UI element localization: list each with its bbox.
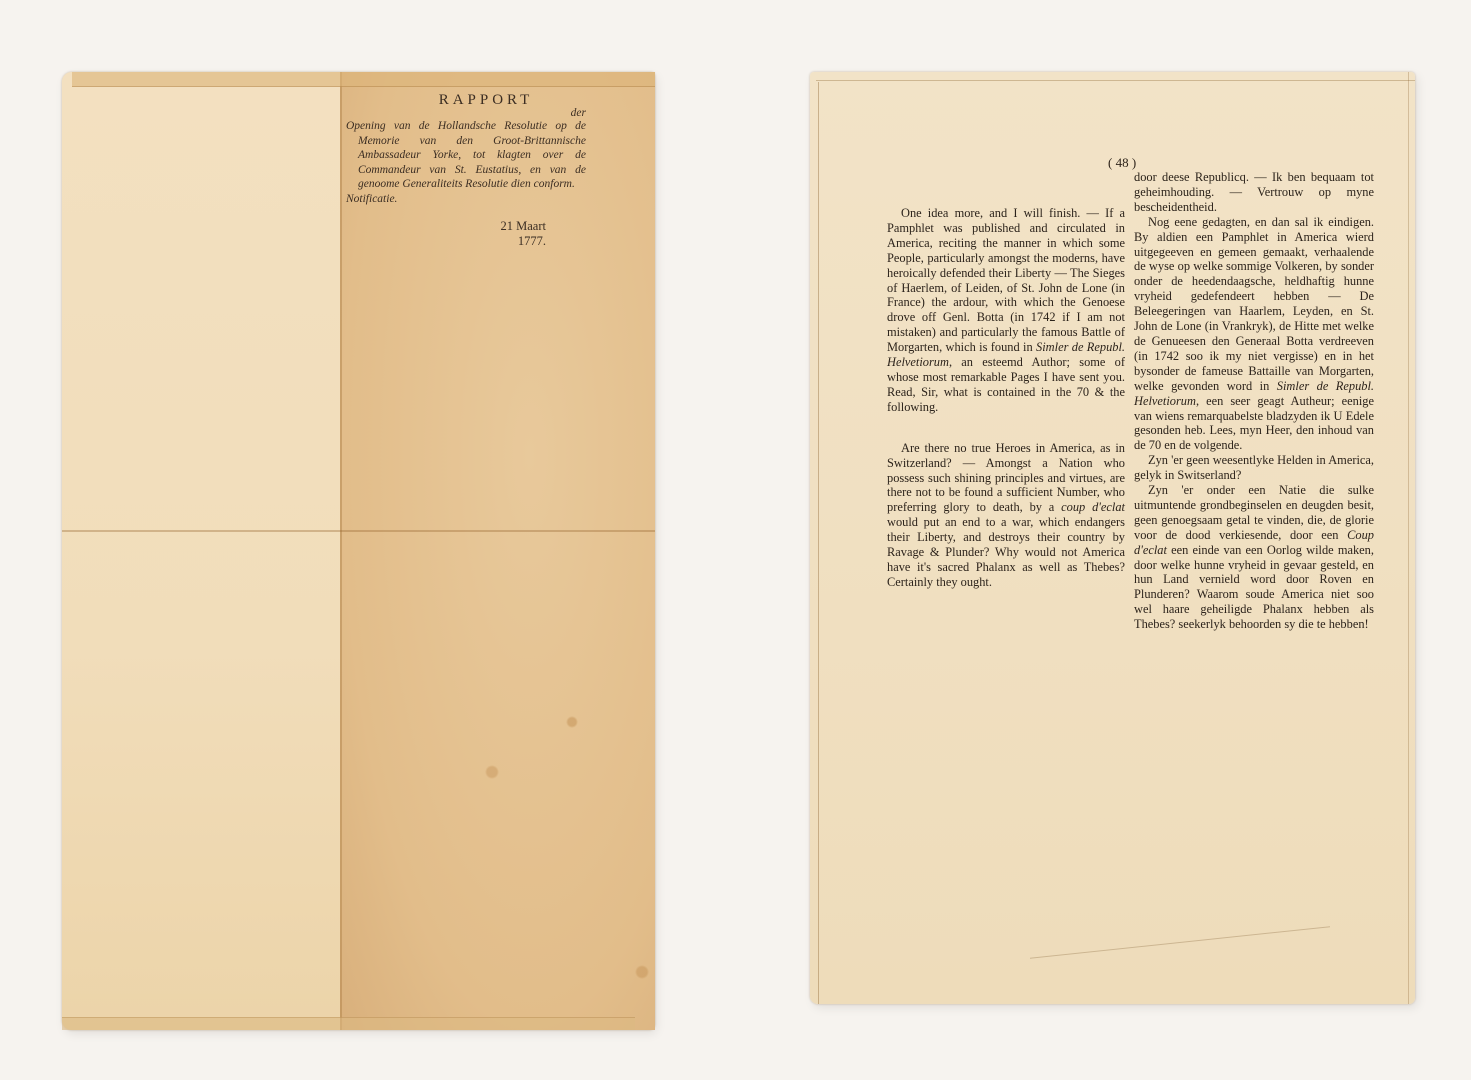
paper-right-edge bbox=[1408, 72, 1415, 1004]
text-run: One idea more, and I will finish. — If a… bbox=[887, 206, 1125, 354]
dutch-paragraph-2: Zyn 'er geen weesentlyke Helden in Ameri… bbox=[1134, 453, 1374, 483]
page-number: ( 48 ) bbox=[1108, 155, 1136, 171]
text-run: een einde van een Oorlog wilde maken, do… bbox=[1134, 543, 1374, 632]
dutch-paragraph-1: Nog eene gedagten, en dan sal ik eindige… bbox=[1134, 215, 1374, 454]
paper-top-edge bbox=[72, 72, 655, 87]
english-paragraph-2: Are there no true Heroes in America, as … bbox=[887, 441, 1125, 590]
rapport-date: 21 Maart 1777. bbox=[346, 219, 586, 249]
english-paragraph-1: One idea more, and I will finish. — If a… bbox=[887, 206, 1125, 415]
rapport-title-block: RAPPORT der Opening van de Hollandsche R… bbox=[346, 92, 586, 249]
rapport-notification: Notificatie. bbox=[346, 193, 586, 205]
folded-blank-panel bbox=[62, 72, 340, 1030]
dutch-column: door deese Republicq. — Ik ben bequaam t… bbox=[1134, 170, 1374, 632]
rapport-date-year: 1777. bbox=[346, 234, 546, 249]
rapport-date-day: 21 Maart bbox=[346, 219, 546, 234]
dutch-paragraph-3: Zyn 'er onder een Natie die sulke uitmun… bbox=[1134, 483, 1374, 632]
paper-left-edge bbox=[810, 82, 819, 1004]
text-run: Zyn 'er onder een Natie die sulke uitmun… bbox=[1134, 483, 1374, 542]
dutch-paragraph-0: door deese Republicq. — Ik ben bequaam t… bbox=[1134, 170, 1374, 215]
paper-bottom-edge bbox=[62, 1017, 635, 1030]
horizontal-fold-line bbox=[62, 530, 655, 532]
english-column: One idea more, and I will finish. — If a… bbox=[887, 206, 1125, 590]
paper-crease bbox=[1030, 926, 1330, 999]
paper-top-edge bbox=[816, 72, 1415, 81]
text-run: Nog eene gedagten, en dan sal ik eindige… bbox=[1134, 215, 1374, 393]
italic-phrase: coup d'eclat bbox=[1061, 500, 1125, 514]
text-run: would put an end to a war, which endange… bbox=[887, 515, 1125, 589]
rapport-body: Opening van de Hollandsche Resolutie op … bbox=[346, 119, 586, 192]
